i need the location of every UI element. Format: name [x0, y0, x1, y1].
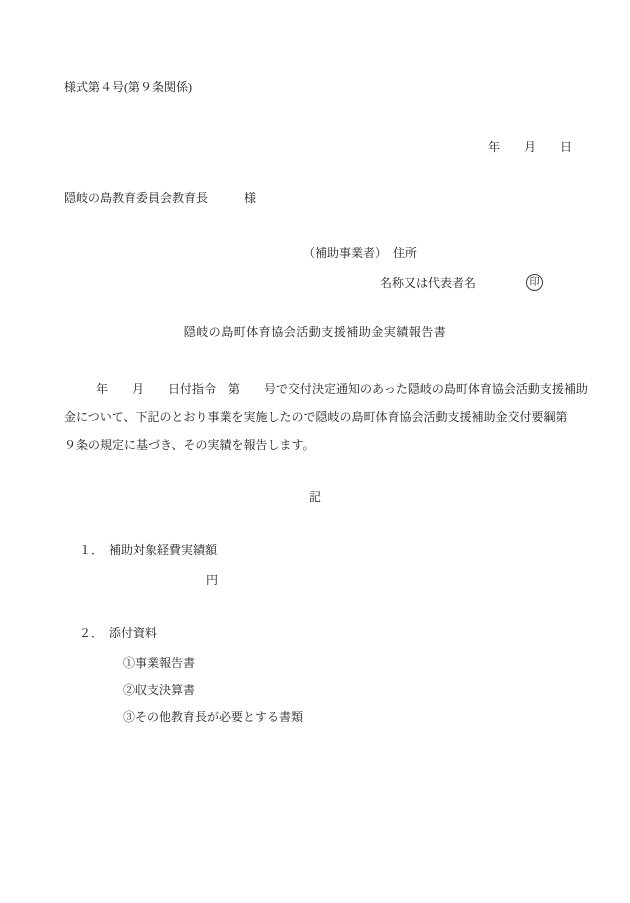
date-field: 年 月 日 — [488, 141, 572, 153]
section-2-label: ２． 添付資料 — [79, 627, 157, 639]
inkan-seal-icon: 印 — [526, 274, 543, 291]
addressee-line: 隠岐の島教育委員会教育長 様 — [64, 192, 256, 204]
attachment-item-2: ②収支決算書 — [123, 684, 195, 696]
form-number: 様式第４号(第９条関係) — [64, 81, 192, 93]
document-title: 隠岐の島町体育協会活動支援補助金実績報告書 — [0, 326, 630, 338]
section-1-label: １． 補助対象経費実績額 — [79, 544, 217, 556]
applicant-name-line: 名称又は代表者名 印 — [380, 274, 543, 291]
attachment-item-3: ③その他教育長が必要とする書類 — [123, 711, 303, 723]
applicant-address-label: （補助事業者） 住所 — [303, 247, 417, 259]
document-page: 様式第４号(第９条関係) 年 月 日 隠岐の島教育委員会教育長 様 （補助事業者… — [0, 0, 630, 903]
body-line-3: ９条の規定に基づき、その実績を報告します。 — [64, 431, 588, 459]
applicant-name-label: 名称又は代表者名 — [380, 277, 476, 289]
attachment-item-1: ①事業報告書 — [123, 657, 195, 669]
record-marker: 記 — [0, 491, 630, 503]
amount-unit-label: 円 — [206, 574, 218, 586]
body-line-2: 金について、下記のとおり事業を実施したので隠岐の島町体育協会活動支援補助金交付要… — [64, 403, 588, 431]
body-paragraph: 年 月 日付指令 第 号で交付決定通知のあった隠岐の島町体育協会活動支援補助 金… — [64, 375, 588, 459]
body-line-1: 年 月 日付指令 第 号で交付決定通知のあった隠岐の島町体育協会活動支援補助 — [64, 375, 588, 403]
